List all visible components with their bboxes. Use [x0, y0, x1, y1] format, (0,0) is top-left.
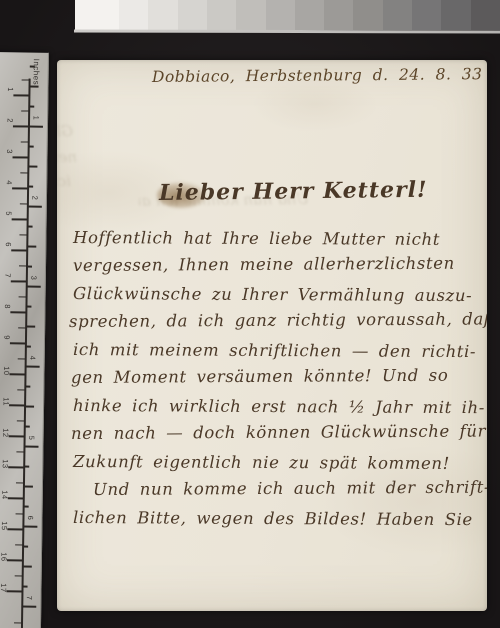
ruler-inch-half-tick [25, 406, 34, 408]
ruler-inch-half-tick [26, 326, 35, 328]
letter-line: vergessen, Ihnen meine allerherzlichsten [73, 254, 455, 275]
ruler-cm-tick [10, 342, 26, 344]
grayscale-step [236, 0, 265, 30]
ruler-cm-half-tick [19, 296, 27, 298]
ruler-inch-half-tick [30, 86, 39, 88]
ruler-inch-quarter-tick [26, 306, 31, 308]
ruler-cm-tick [12, 187, 28, 189]
ruler-cm-number: 11 [2, 397, 10, 406]
grayscale-step [119, 0, 148, 30]
grayscale-step [353, 0, 382, 30]
ruler-cm-number: 5 [5, 211, 13, 216]
ruler-cm-half-tick [14, 622, 22, 624]
ruler-inch-tick [23, 526, 37, 528]
ruler-inches-label: Inches [32, 59, 41, 86]
ruler-inch-number: 6 [26, 516, 34, 521]
ruler-inch-quarter-tick [24, 466, 29, 468]
ruler-inch-quarter-tick [26, 346, 31, 348]
grayscale-step [412, 0, 441, 30]
ruler-cm-number: 15 [0, 521, 8, 530]
letter-line: Und nun komme ich auch mit der schrift- [93, 478, 487, 499]
grayscale-step [178, 0, 207, 30]
ruler-cm-half-tick [17, 420, 25, 422]
grayscale-bar-edge [74, 29, 500, 33]
grayscale-step [471, 0, 500, 30]
ruler-inch-half-tick [24, 486, 33, 488]
ruler-cm-tick [6, 590, 22, 592]
ruler-inch-quarter-tick [28, 226, 33, 228]
ruler-cm-number: 13 [1, 459, 9, 468]
letter-salutation: Lieber Herr Ketterl! [159, 177, 428, 206]
ruler-inch-quarter-tick [30, 66, 35, 68]
letter-line: Glückwünsche zu Ihrer Vermählung auszu- [73, 284, 472, 305]
letter-line: Hoffentlich hat Ihre liebe Mutter nicht [73, 228, 440, 249]
ruler-cm-number: 4 [5, 180, 13, 185]
ruler-inch-quarter-tick [23, 546, 28, 548]
ruler-cm-half-tick [15, 544, 23, 546]
ruler-cm-tick [9, 373, 25, 375]
grayscale-step [266, 0, 295, 30]
letter-line: sprechen, da ich ganz richtig voraussah,… [69, 309, 487, 331]
letter-line: ich mit meinem schriftlichen — den richt… [73, 340, 476, 361]
ruler-cm-tick [7, 559, 23, 561]
ruler-cm-tick [12, 218, 28, 220]
ruler-inch-number: 1 [32, 116, 40, 121]
grayscale-step [295, 0, 324, 30]
grayscale-calibration-bar [75, 0, 500, 30]
ruler-inch-number: 2 [31, 196, 39, 201]
bleedthrough-line: ich mit meinem schriftlichen — den richt… [57, 172, 71, 194]
ruler-cm-half-tick [20, 203, 28, 205]
ruler-cm-tick [11, 280, 27, 282]
ruler-inch-half-tick [23, 566, 32, 568]
ruler-cm-half-tick [16, 513, 24, 515]
letter-line: nen nach — doch können Glückwünsche für … [71, 421, 487, 443]
ruler-inch-quarter-tick [24, 506, 29, 508]
ruler-cm-half-tick [17, 389, 25, 391]
ruler-cm-half-tick [19, 234, 27, 236]
ruler-cm-tick [9, 404, 25, 406]
ruler-inch-tick [26, 366, 40, 368]
ruler-inch-number: 4 [29, 356, 37, 361]
ruler-cm-number: 1 [6, 87, 14, 92]
ruler-cm-number: 6 [4, 242, 12, 247]
ruler-cm-half-tick [21, 110, 29, 112]
grayscale-step [75, 0, 119, 30]
ruler-cm-tick [13, 94, 29, 96]
ruler-inch-quarter-tick [25, 386, 30, 388]
ruler-cm-half-tick [20, 172, 28, 174]
bleedthrough-line: Glückwünsche zu Ihrer Vermählung auszu- [57, 122, 73, 144]
ruler-cm-number: 9 [3, 335, 11, 340]
ruler-inch-quarter-tick [28, 186, 33, 188]
ruler-inch-tick [29, 126, 43, 128]
scan-background: Centimetres Inches 123456789101112131415… [0, 0, 500, 628]
ruler-inch-number: 3 [30, 276, 38, 281]
ruler-cm-number: 14 [1, 490, 9, 499]
bleedthrough-line: nen nach — doch können Glückwünsche für … [57, 148, 77, 170]
ruler-cm-tick [9, 435, 25, 437]
ruler-cm-half-tick [19, 265, 27, 267]
ruler-cm-number: 17 [0, 583, 7, 592]
ruler-inch-scale: 1234567 [0, 52, 48, 53]
grayscale-step [207, 0, 236, 30]
ruler-inch-tick [24, 446, 38, 448]
ruler-cm-tick [13, 156, 29, 158]
ruler-cm-tick [10, 311, 26, 313]
ruler-cm-half-tick [15, 575, 23, 577]
letter-line: lichen Bitte, wegen des Bildes! Haben Si… [73, 508, 473, 529]
ruler-cm-number: 8 [3, 304, 11, 309]
ruler-inch-quarter-tick [29, 106, 34, 108]
grayscale-step [324, 0, 353, 30]
ruler-inch-quarter-tick [23, 586, 28, 588]
ruler-inch-half-tick [28, 166, 37, 168]
ruler-cm-tick [8, 466, 24, 468]
ruler-inch-number: 5 [28, 436, 36, 441]
grayscale-step [441, 0, 470, 30]
ruler-inch-quarter-tick [29, 146, 34, 148]
ruler-cm-number: 10 [2, 366, 10, 375]
ruler-cm-half-tick [22, 79, 30, 81]
ruler-cm-number: 3 [6, 149, 14, 154]
ruler-cm-tick [11, 249, 27, 251]
grayscale-step [148, 0, 177, 30]
ruler: Centimetres Inches 123456789101112131415… [0, 52, 49, 628]
ruler-cm-half-tick [16, 482, 24, 484]
ruler-cm-tick [8, 497, 24, 499]
letter-line: hinke ich wirklich erst nach ½ Jahr mit … [73, 396, 485, 417]
ruler-inch-quarter-tick [25, 426, 30, 428]
ruler-inch-number: 7 [25, 596, 33, 601]
ruler-inch-tick [22, 606, 36, 608]
letter-dateline: Dobbiaco, Herbstenburg d. 24. 8. 33 [152, 65, 483, 86]
letter-paper: Glückwünsche zu Ihrer Vermählung auszu- … [57, 60, 487, 611]
letter-line: gen Moment versäumen könnte! Und so [71, 366, 448, 387]
ruler-inch-quarter-tick [27, 266, 32, 268]
ruler-cm-half-tick [18, 327, 26, 329]
ruler-cm-number: 7 [4, 273, 12, 278]
ruler-cm-number: 16 [0, 552, 8, 561]
grayscale-step [383, 0, 412, 30]
ruler-centimetre-scale: 1234567891011121314151617 [0, 52, 48, 53]
ruler-cm-tick [13, 125, 29, 127]
ruler-cm-half-tick [21, 141, 29, 143]
ruler-cm-number: 2 [6, 118, 14, 123]
ruler-centimetres-label: Centimetres [0, 60, 1, 109]
ruler-inch-tick [27, 286, 41, 288]
ruler-cm-half-tick [18, 358, 26, 360]
letter-line: Zukunft eigentlich nie zu spät kommen! [73, 452, 450, 473]
ruler-cm-tick [7, 528, 23, 530]
ruler-inch-tick [28, 206, 42, 208]
ruler-cm-half-tick [16, 451, 24, 453]
ruler-cm-number: 12 [2, 428, 10, 437]
ruler-inch-half-tick [27, 246, 36, 248]
